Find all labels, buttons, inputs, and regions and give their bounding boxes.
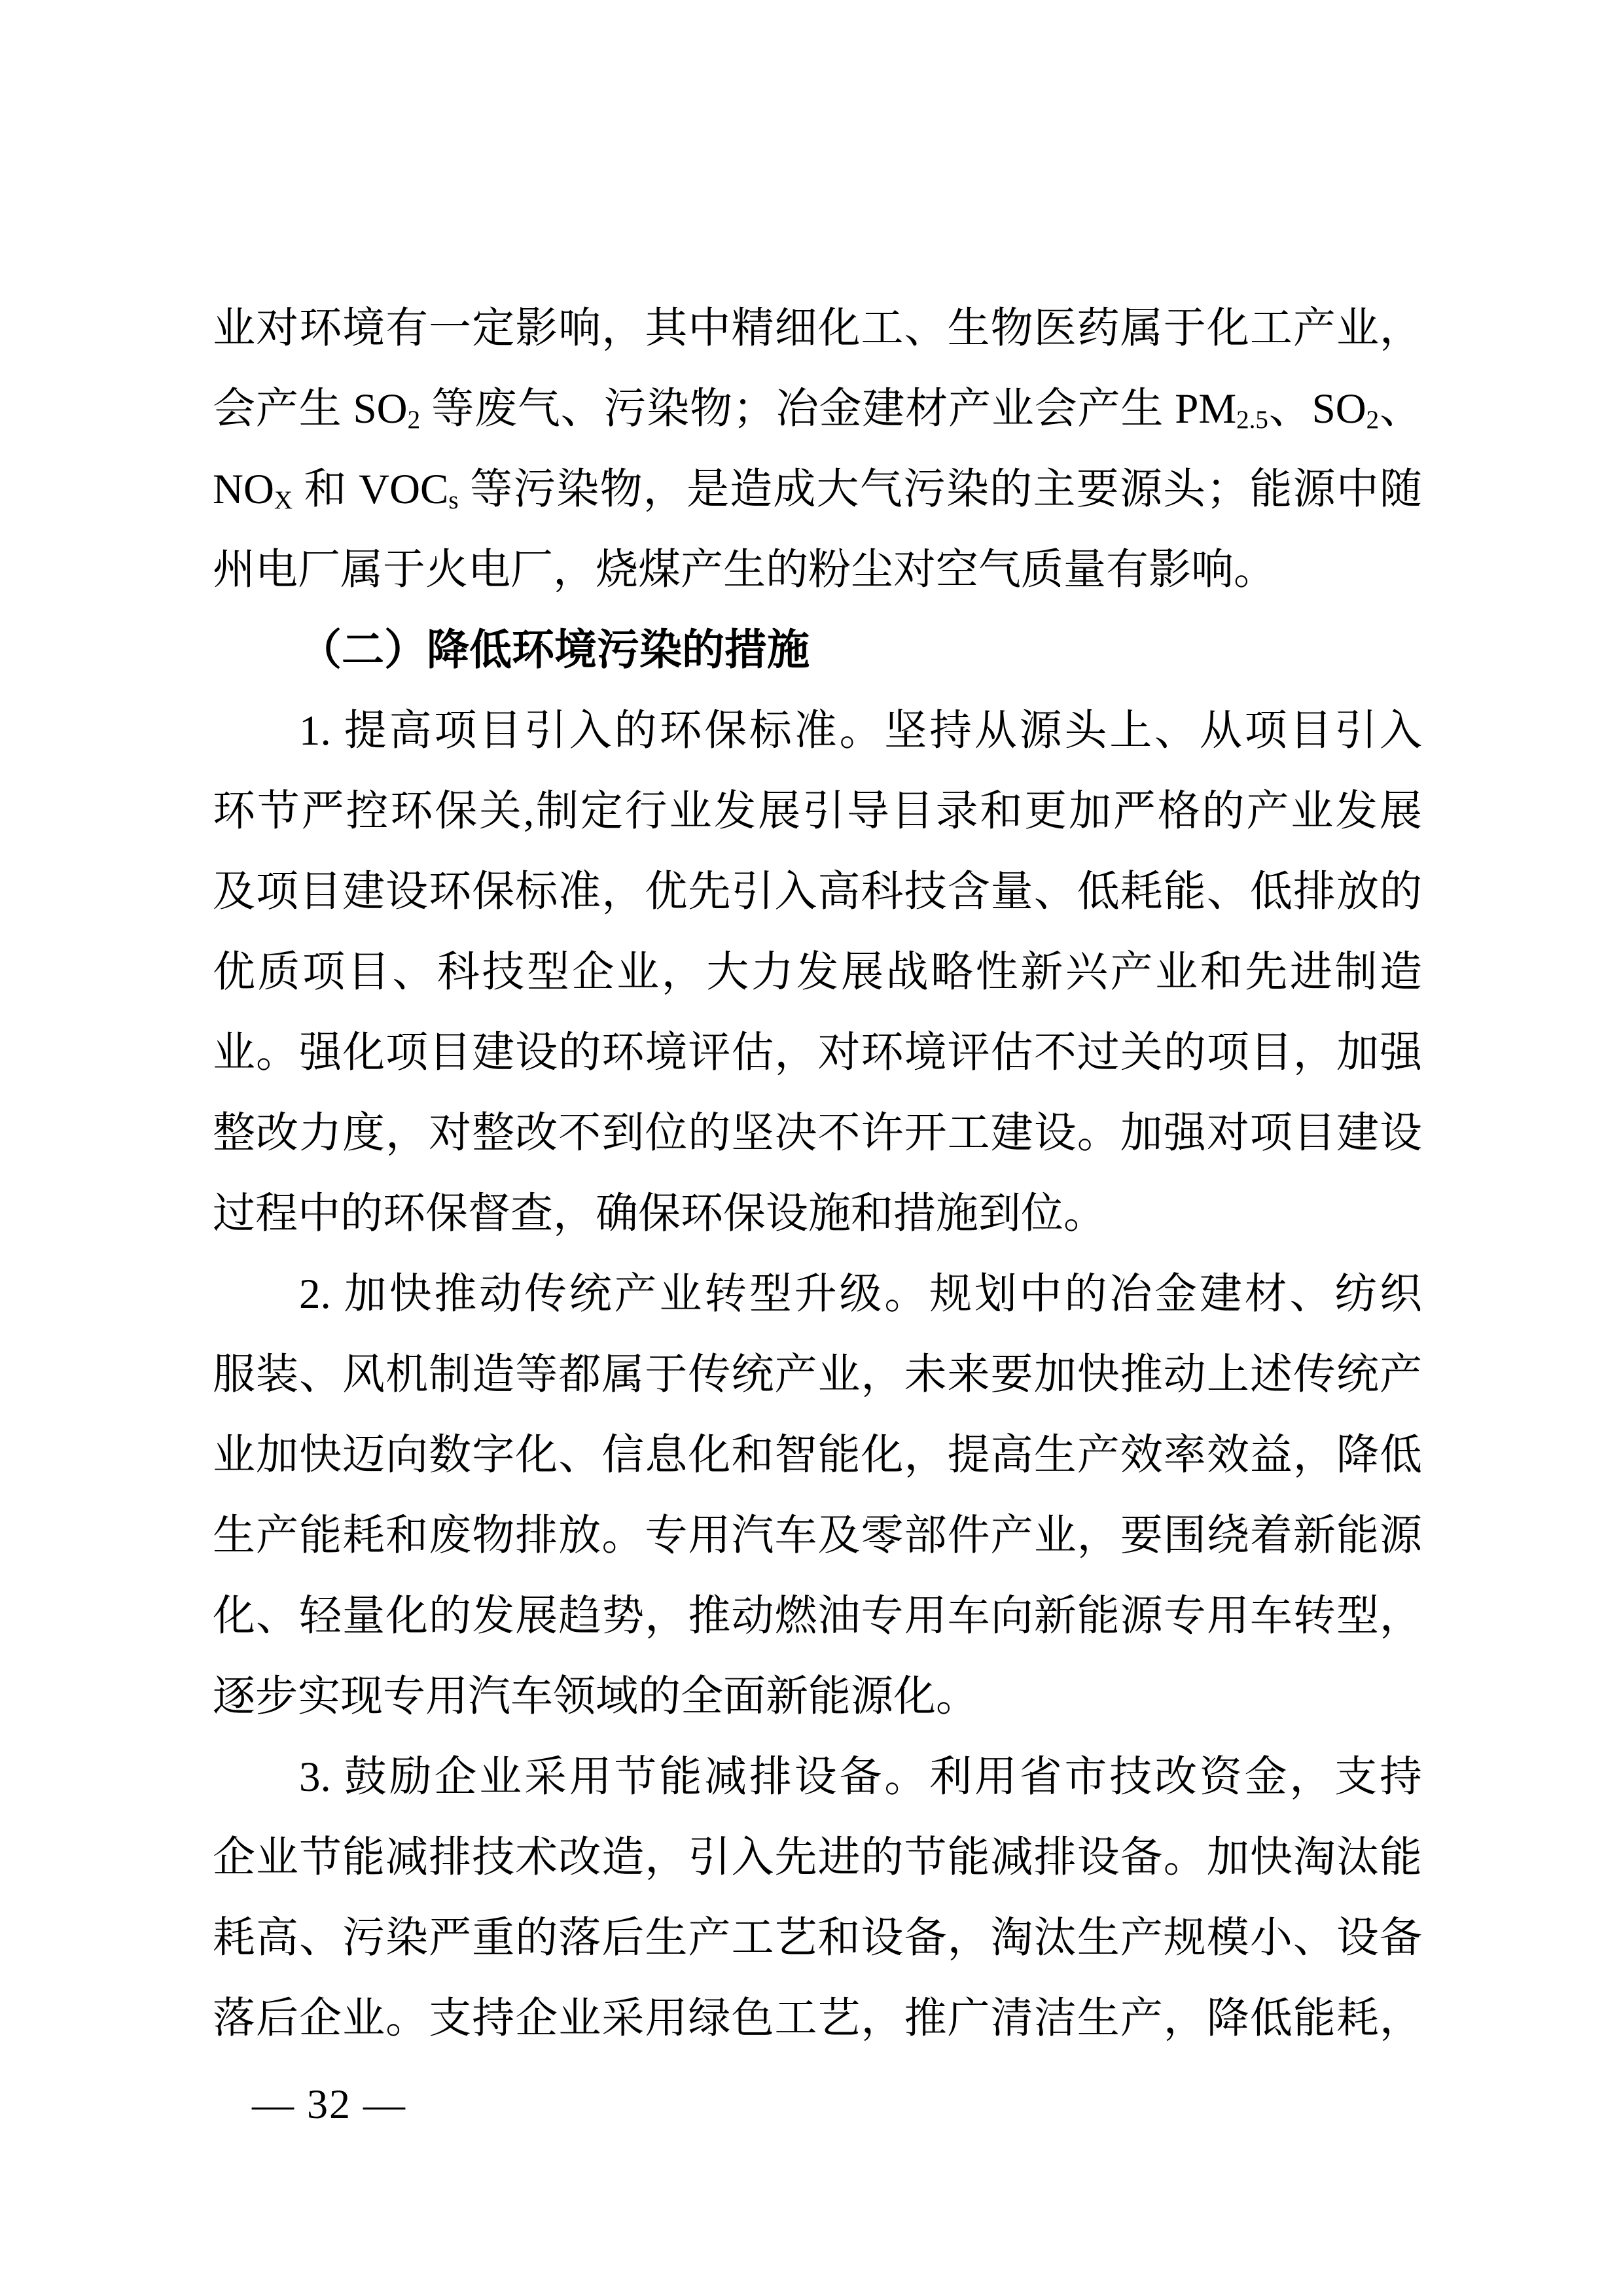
text-line: 企业节能减排技术改造，引入先进的节能减排设备。加快淘汰能 — [213, 1818, 1422, 1898]
text-run: 逐步实现专用汽车领域的全面新能源化。 — [213, 1673, 978, 1720]
text-run: 等污染物，是造成大气污染的主要源头；能源中随 — [459, 466, 1422, 513]
text-line: 服装、风机制造等都属于传统产业，未来要加快推动上述传统产 — [213, 1335, 1422, 1415]
text-run: NO — [213, 466, 274, 513]
text-line: 1. 提高项目引入的环保标准。坚持从源头上、从项目引入 — [213, 691, 1422, 771]
text-run: 2. 加快推动传统产业转型升级。规划中的冶金建材、纺织 — [299, 1271, 1422, 1318]
text-run: 服装、风机制造等都属于传统产业，未来要加快推动上述传统产 — [213, 1351, 1422, 1398]
text-line: 及项目建设环保标准，优先引入高科技含量、低耗能、低排放的 — [213, 852, 1422, 932]
text-run: 优质项目、科技型企业，大力发展战略性新兴产业和先进制造 — [213, 949, 1422, 996]
subscript-text: 2 — [408, 406, 421, 434]
document-body: 业对环境有一定影响，其中精细化工、生物医药属于化工产业，会产生 SO2 等废气、… — [213, 289, 1422, 2059]
section-heading: （二）降低环境污染的措施 — [213, 610, 1422, 691]
text-run: 化、轻量化的发展趋势，推动燃油专用车向新能源专用车转型， — [213, 1593, 1422, 1640]
text-line: 业加快迈向数字化、信息化和智能化，提高生产效率效益，降低 — [213, 1415, 1422, 1496]
text-run: 、SO — [1268, 385, 1366, 433]
text-run: 等废气、污染物；冶金建材产业会产生 PM — [420, 385, 1236, 433]
text-run: 业加快迈向数字化、信息化和智能化，提高生产效率效益，降低 — [213, 1432, 1422, 1479]
text-line: NOX 和 VOCs 等污染物，是造成大气污染的主要源头；能源中随 — [213, 450, 1422, 530]
text-line: 业对环境有一定影响，其中精细化工、生物医药属于化工产业， — [213, 289, 1422, 369]
text-run: 及项目建设环保标准，优先引入高科技含量、低耗能、低排放的 — [213, 868, 1422, 915]
text-line: 耗高、污染严重的落后生产工艺和设备，淘汰生产规模小、设备 — [213, 1898, 1422, 1979]
text-line: 优质项目、科技型企业，大力发展战略性新兴产业和先进制造 — [213, 932, 1422, 1013]
subscript-text: 2.5 — [1236, 406, 1268, 434]
text-line: 落后企业。支持企业采用绿色工艺，推广清洁生产，降低能耗， — [213, 1979, 1422, 2059]
text-run: （二）降低环境污染的措施 — [299, 627, 810, 674]
text-run: 3. 鼓励企业采用节能减排设备。利用省市技改资金，支持 — [299, 1754, 1422, 1801]
text-line: 化、轻量化的发展趋势，推动燃油专用车向新能源专用车转型， — [213, 1576, 1422, 1657]
text-line: 州电厂属于火电厂，烧煤产生的粉尘对空气质量有影响。 — [213, 530, 1422, 610]
text-run: 州电厂属于火电厂，烧煤产生的粉尘对空气质量有影响。 — [213, 546, 1276, 593]
text-run: 、 — [1379, 385, 1422, 433]
text-run: 1. 提高项目引入的环保标准。坚持从源头上、从项目引入 — [299, 707, 1422, 754]
text-run: 业对环境有一定影响，其中精细化工、生物医药属于化工产业， — [213, 305, 1422, 352]
text-run: 和 VOC — [293, 466, 448, 513]
text-run: 企业节能减排技术改造，引入先进的节能减排设备。加快淘汰能 — [213, 1834, 1422, 1881]
text-run: 落后企业。支持企业采用绿色工艺，推广清洁生产，降低能耗， — [213, 1995, 1422, 2042]
text-line: 业。强化项目建设的环境评估，对环境评估不过关的项目，加强 — [213, 1013, 1422, 1093]
subscript-text: s — [448, 486, 458, 514]
subscript-text: 2 — [1366, 406, 1380, 434]
page-number: — 32 — — [252, 2081, 406, 2128]
text-run: 生产能耗和废物排放。专用汽车及零部件产业，要围绕着新能源 — [213, 1512, 1422, 1559]
text-line: 整改力度，对整改不到位的坚决不许开工建设。加强对项目建设 — [213, 1093, 1422, 1174]
text-run: 环节严控环保关,制定行业发展引导目录和更加严格的产业发展 — [213, 788, 1422, 835]
text-line: 3. 鼓励企业采用节能减排设备。利用省市技改资金，支持 — [213, 1737, 1422, 1818]
text-run: 耗高、污染严重的落后生产工艺和设备，淘汰生产规模小、设备 — [213, 1915, 1422, 1962]
subscript-text: X — [274, 486, 293, 514]
text-run: 整改力度，对整改不到位的坚决不许开工建设。加强对项目建设 — [213, 1110, 1422, 1157]
text-line: 会产生 SO2 等废气、污染物；冶金建材产业会产生 PM2.5、SO2、 — [213, 369, 1422, 450]
text-line: 逐步实现专用汽车领域的全面新能源化。 — [213, 1657, 1422, 1737]
text-line: 2. 加快推动传统产业转型升级。规划中的冶金建材、纺织 — [213, 1254, 1422, 1335]
text-line: 生产能耗和废物排放。专用汽车及零部件产业，要围绕着新能源 — [213, 1496, 1422, 1576]
document-page: 业对环境有一定影响，其中精细化工、生物医药属于化工产业，会产生 SO2 等废气、… — [0, 0, 1623, 2296]
text-run: 过程中的环保督查，确保环保设施和措施到位。 — [213, 1190, 1106, 1237]
text-line: 环节严控环保关,制定行业发展引导目录和更加严格的产业发展 — [213, 771, 1422, 852]
text-run: 业。强化项目建设的环境评估，对环境评估不过关的项目，加强 — [213, 1029, 1422, 1076]
text-run: 会产生 SO — [213, 385, 408, 433]
text-line: 过程中的环保督查，确保环保设施和措施到位。 — [213, 1174, 1422, 1254]
